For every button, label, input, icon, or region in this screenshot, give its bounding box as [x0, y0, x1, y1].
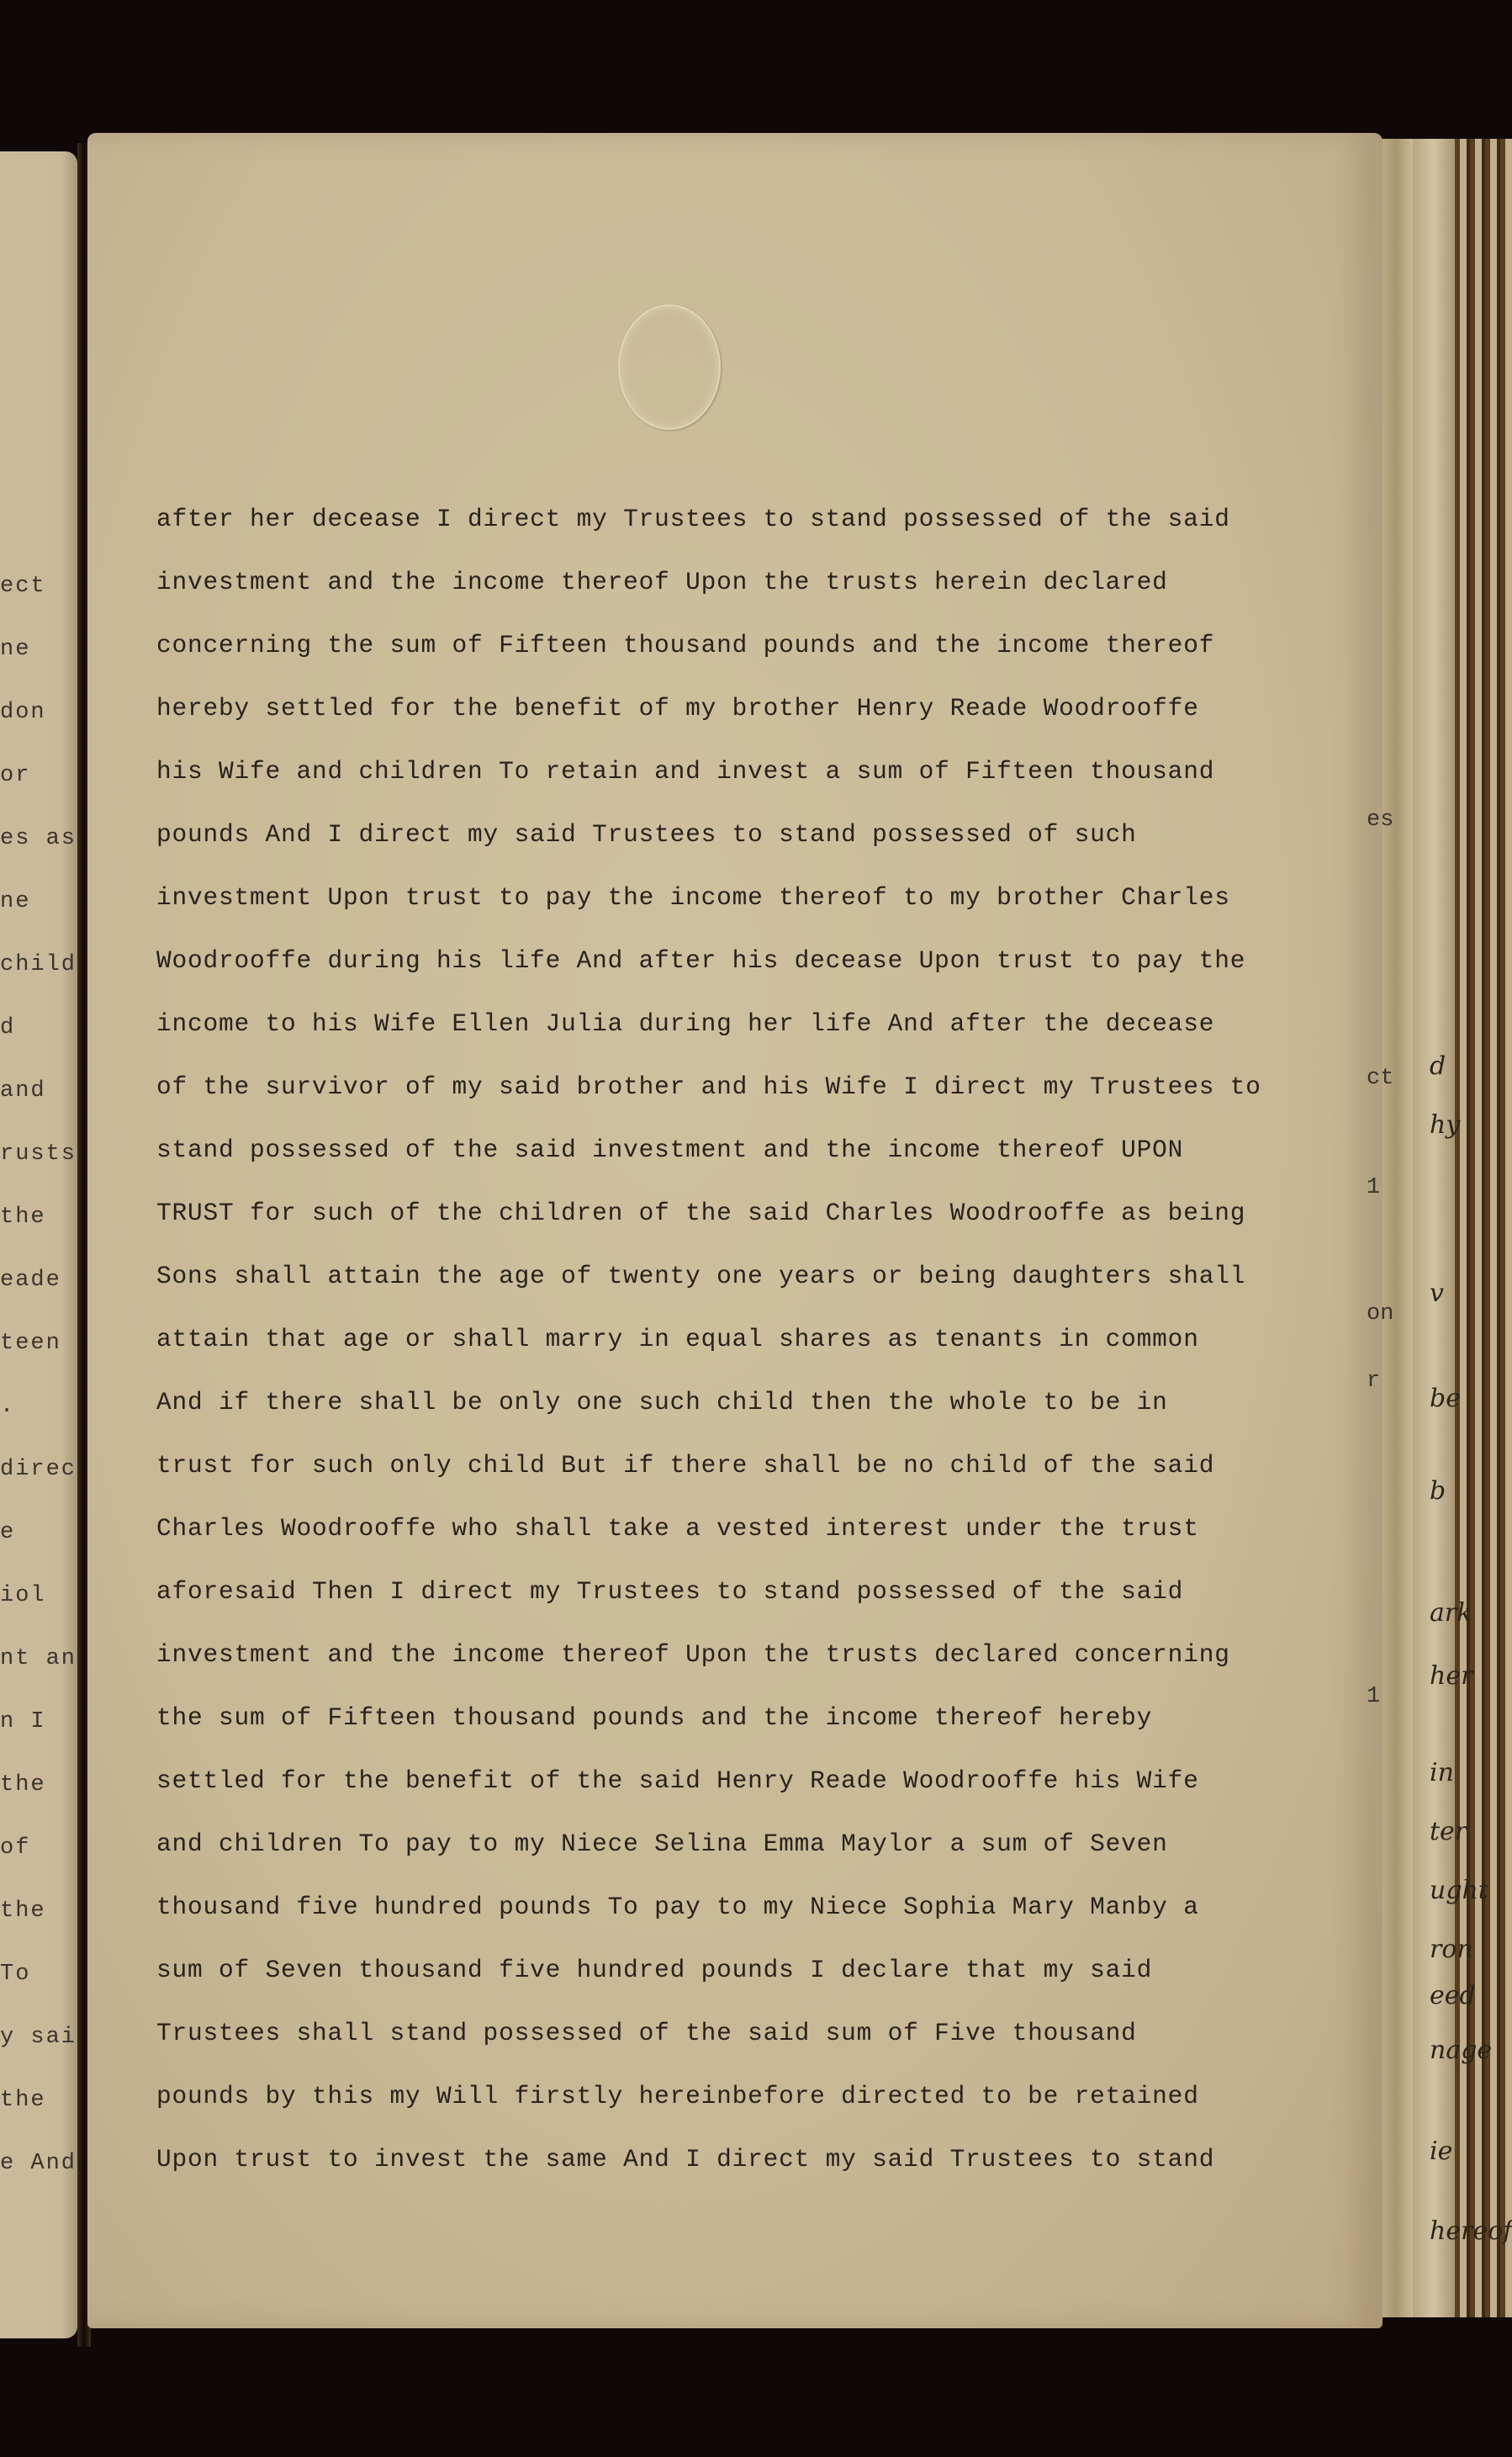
- left-page-text-fragment: of: [0, 1835, 30, 1861]
- left-page-text-fragment: .: [0, 1394, 15, 1419]
- document-line: investment and the income thereof Upon t…: [156, 568, 1168, 596]
- left-page-text-fragment: iol: [0, 1583, 46, 1608]
- document-line: concerning the sum of Fifteen thousand p…: [156, 631, 1214, 659]
- document-line: trust for such only child But if there s…: [156, 1451, 1214, 1480]
- document-line: Charles Woodrooffe who shall take a vest…: [156, 1514, 1199, 1543]
- document-line: TRUST for such of the children of the sa…: [156, 1199, 1245, 1227]
- right-page-text-fragment: 1: [1367, 1684, 1380, 1709]
- left-page-text-fragment: rusts: [0, 1141, 77, 1167]
- handwritten-text-fragment: ron: [1430, 1935, 1473, 1964]
- handwritten-text-fragment: ark: [1430, 1598, 1472, 1628]
- document-line: Upon trust to invest the same And I dire…: [156, 2145, 1214, 2174]
- handwritten-text-fragment: be: [1430, 1384, 1461, 1413]
- handwritten-text-fragment: her: [1430, 1661, 1472, 1691]
- left-page-text-fragment: and: [0, 1078, 46, 1104]
- right-page-text-fragment: r: [1367, 1369, 1380, 1394]
- handwritten-text-fragment: d: [1430, 1051, 1446, 1081]
- document-line: his Wife and children To retain and inve…: [156, 757, 1214, 786]
- document-page: [87, 133, 1382, 2328]
- document-line: sum of Seven thousand five hundred pound…: [156, 1956, 1152, 1984]
- left-page-text-fragment: eade: [0, 1268, 61, 1293]
- document-line: and children To pay to my Niece Selina E…: [156, 1830, 1168, 1858]
- embossed-seal-icon: [618, 304, 721, 430]
- left-page-text-fragment: n I: [0, 1709, 46, 1734]
- handwritten-text-fragment: ie: [1430, 2137, 1452, 2166]
- document-line: attain that age or shall marry in equal …: [156, 1325, 1199, 1353]
- handwritten-text-fragment: eed: [1430, 1981, 1476, 2010]
- handwritten-text-fragment: hy: [1430, 1110, 1460, 1140]
- document-line: investment Upon trust to pay the income …: [156, 883, 1230, 912]
- document-line: And if there shall be only one such chil…: [156, 1388, 1168, 1416]
- left-page-text-fragment: e And: [0, 2151, 77, 2176]
- document-line: investment and the income thereof Upon t…: [156, 1640, 1230, 1669]
- left-page-text-fragment: To: [0, 1962, 30, 1987]
- left-page-text-fragment: teen: [0, 1331, 61, 1356]
- right-page-text-fragment: 1: [1367, 1175, 1380, 1200]
- handwritten-text-fragment: ught: [1430, 1876, 1488, 1905]
- right-page-text-fragment: es: [1367, 808, 1393, 833]
- left-page-text-fragment: es as: [0, 826, 77, 851]
- document-line: hereby settled for the benefit of my bro…: [156, 694, 1199, 723]
- document-line: thousand five hundred pounds To pay to m…: [156, 1893, 1199, 1921]
- left-page-text-fragment: child: [0, 952, 77, 977]
- right-page-text-fragment: on: [1367, 1301, 1393, 1326]
- document-line: of the survivor of my said brother and h…: [156, 1072, 1261, 1101]
- document-line: aforesaid Then I direct my Trustees to s…: [156, 1577, 1183, 1606]
- right-page-text-fragment: ct: [1367, 1066, 1393, 1091]
- handwritten-text-fragment: hereof: [1430, 2216, 1512, 2246]
- handwritten-text-fragment: v: [1430, 1279, 1444, 1308]
- document-line: income to his Wife Ellen Julia during he…: [156, 1009, 1214, 1038]
- document-line: pounds And I direct my said Trustees to …: [156, 820, 1137, 849]
- left-page-text-fragment: d: [0, 1015, 15, 1041]
- left-page-text-fragment: ne: [0, 889, 30, 914]
- left-page-text-fragment: the: [0, 1772, 46, 1798]
- page-stack-edge: [1379, 139, 1413, 2317]
- left-page-text-fragment: or: [0, 763, 30, 788]
- handwritten-text-fragment: in: [1430, 1758, 1454, 1787]
- document-line: stand possessed of the said investment a…: [156, 1136, 1183, 1164]
- document-line: pounds by this my Will firstly hereinbef…: [156, 2082, 1199, 2110]
- left-page-text-fragment: e: [0, 1520, 15, 1545]
- handwritten-text-fragment: ter: [1430, 1817, 1467, 1846]
- left-page-text-fragment: ne: [0, 637, 30, 662]
- left-page-text-fragment: the: [0, 1205, 46, 1230]
- document-line: Trustees shall stand possessed of the sa…: [156, 2019, 1137, 2047]
- document-line: settled for the benefit of the said Henr…: [156, 1766, 1199, 1795]
- document-line: Woodrooffe during his life And after his…: [156, 946, 1245, 975]
- document-line: the sum of Fifteen thousand pounds and t…: [156, 1703, 1152, 1732]
- handwritten-text-fragment: nage: [1430, 2036, 1492, 2065]
- left-page-text-fragment: don: [0, 700, 46, 725]
- left-page-text-fragment: ect: [0, 574, 46, 599]
- handwritten-text-fragment: b: [1430, 1476, 1446, 1506]
- left-page-text-fragment: the: [0, 2088, 46, 2113]
- left-facing-page: ectnedonores asnechilddandruststheeadete…: [0, 151, 77, 2338]
- document-line: after her decease I direct my Trustees t…: [156, 505, 1230, 533]
- document-line: Sons shall attain the age of twenty one …: [156, 1262, 1245, 1290]
- left-page-text-fragment: the: [0, 1898, 46, 1924]
